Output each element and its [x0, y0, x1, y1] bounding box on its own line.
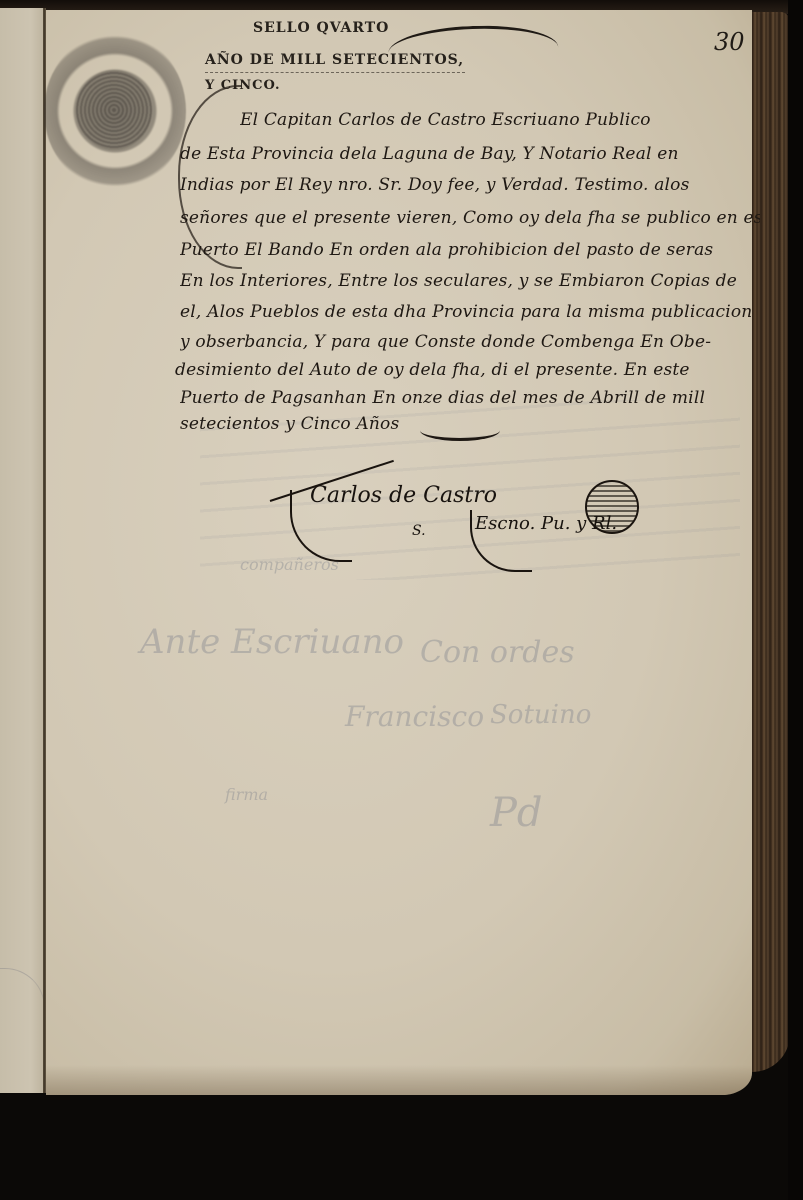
body-line: señores que el presente vieren, Como oy …: [180, 208, 760, 228]
body-line: desimiento del Auto de oy dela fha, di e…: [175, 360, 755, 380]
bleed-through-text: Pd: [490, 790, 543, 836]
stamp-seal-icon: [44, 32, 186, 190]
body-line: El Capitan Carlos de Castro Escriuano Pu…: [240, 110, 760, 130]
printed-header-line2: AÑO DE MILL SETECIENTOS,: [205, 52, 464, 68]
printed-header-line1: SELLO QVARTO: [253, 20, 389, 36]
folio-number: 30: [714, 28, 745, 56]
bleed-through-text: Con ordes: [420, 635, 575, 670]
bleed-through-text: Francisco: [345, 700, 484, 733]
bleed-through-text: Ante Escriuano: [140, 622, 404, 662]
body-line: Indias por El Rey nro. Sr. Doy fee, y Ve…: [180, 175, 760, 195]
body-line: Puerto de Pagsanhan En onze dias del mes…: [180, 388, 760, 408]
page-fore-edge: [752, 12, 790, 1072]
body-line: y obserbancia, Y para que Conste donde C…: [180, 332, 760, 352]
seal-center: [76, 70, 152, 150]
closing-flourish: [420, 420, 500, 441]
body-line: de Esta Provincia dela Laguna de Bay, Y …: [180, 144, 760, 164]
body-line: En los Interiores, Entre los seculares, …: [180, 271, 760, 291]
body-line: el, Alos Pueblos de esta dha Provincia p…: [180, 302, 760, 322]
facing-page-left: [0, 8, 44, 1093]
pencil-sketch: [0, 968, 45, 1029]
header-underline: [205, 72, 465, 74]
rubric-flourish-icon: [585, 480, 639, 534]
bleed-through-text: Sotuino: [490, 700, 591, 730]
bleed-through-text: firma: [225, 785, 268, 804]
background-shadow: [788, 0, 803, 1200]
signature-name: Carlos de Castro: [310, 483, 497, 508]
body-line: Puerto El Bando En orden ala prohibicion…: [180, 240, 760, 260]
signature-mark: S.: [412, 523, 426, 539]
document-scan: compañeros Ante Escriuano Con ordes Fran…: [0, 0, 803, 1200]
notary-signature: Carlos de Castro S. Escno. Pu. y Rl.: [270, 465, 650, 575]
